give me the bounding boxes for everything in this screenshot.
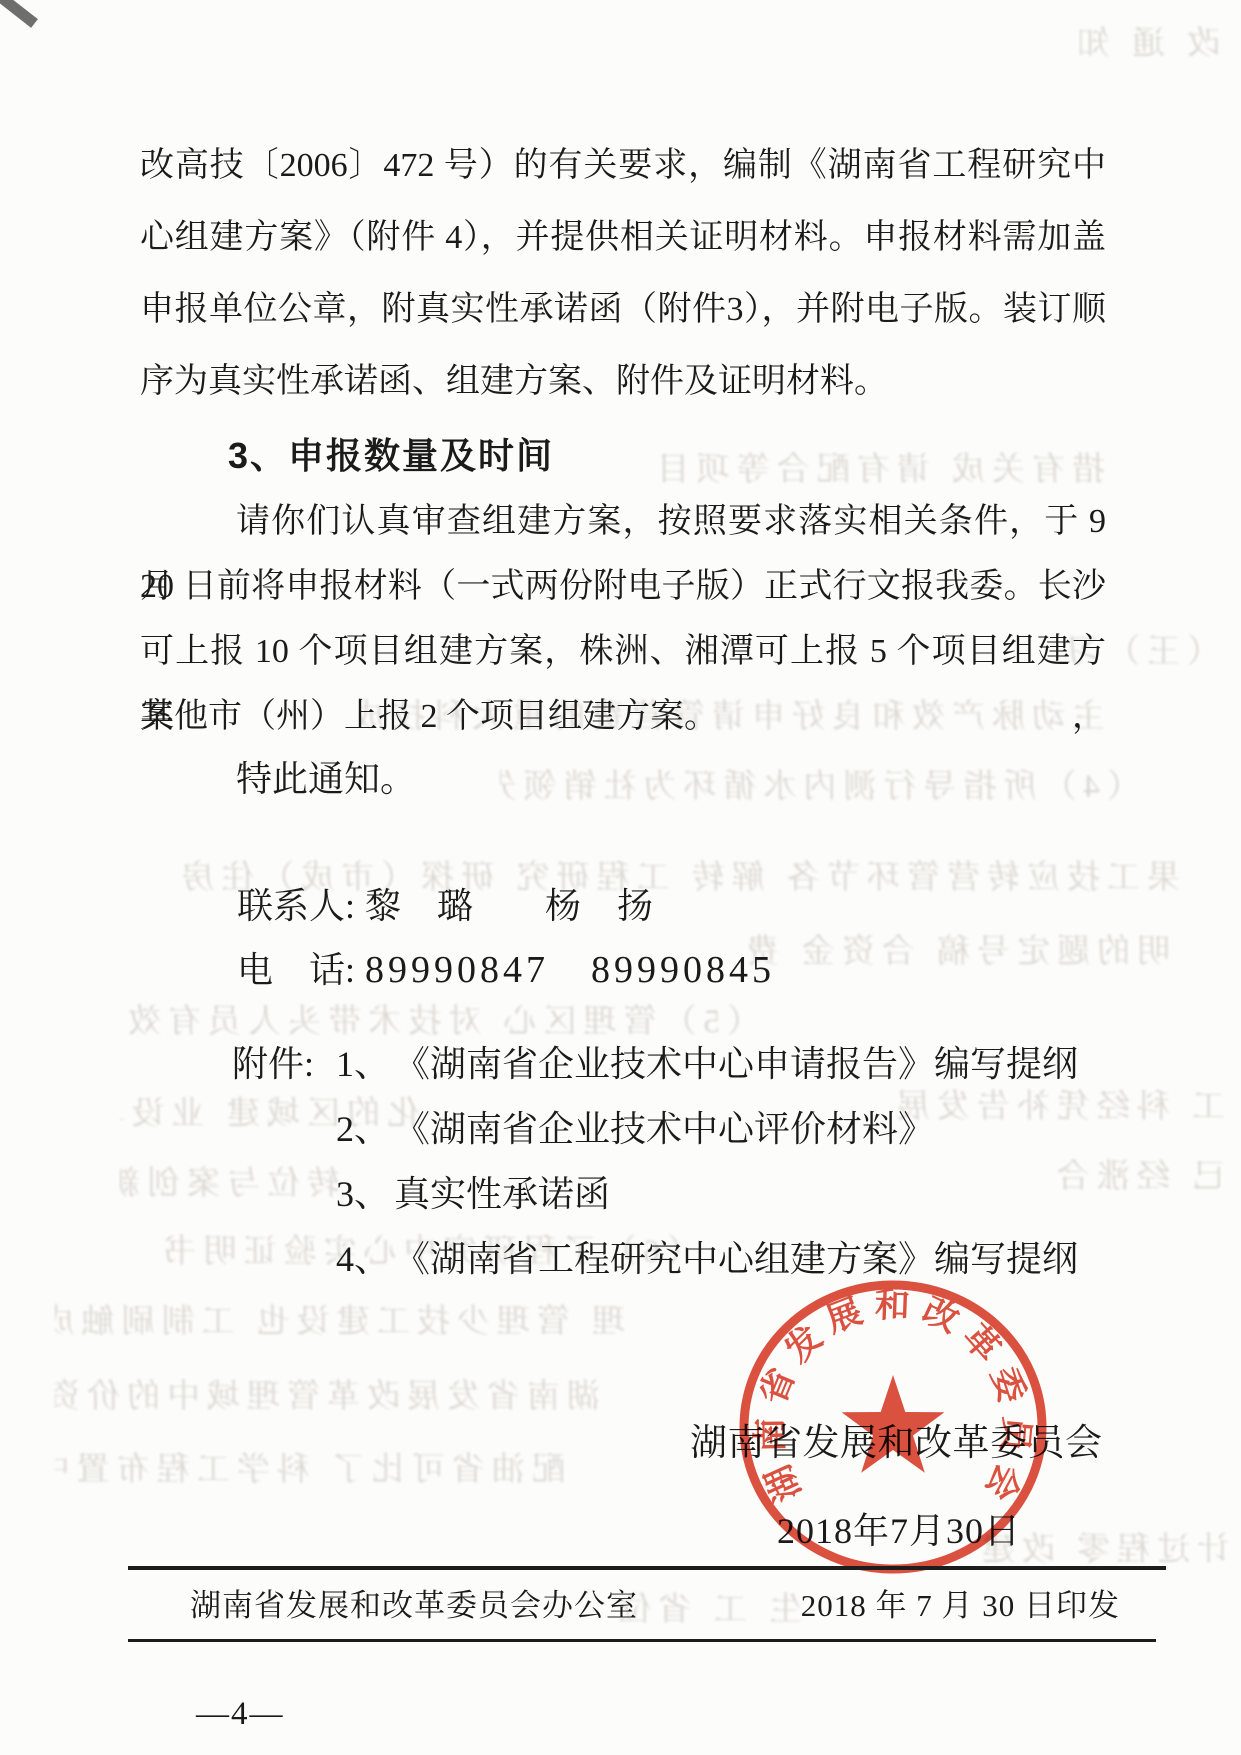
- section-heading: 3、申报数量及时间: [140, 420, 554, 492]
- page-number: —4—: [196, 1692, 285, 1736]
- paragraph-continuation: 改高技〔2006〕472 号）的有关要求，编制《湖南省工程研究中 心组建方案》（…: [140, 130, 1106, 418]
- scan-corner-smudge: [0, 0, 38, 28]
- bleedthrough-text: 理 管理少技工建设也 工制刷触成: [55, 1300, 625, 1344]
- footer-rule-bottom: [128, 1639, 1156, 1642]
- attachment-number: 1、: [336, 1032, 394, 1097]
- footer-rule-top: [128, 1566, 1166, 1570]
- bleedthrough-text: 配油省可比了 科学工程布置中心 效果胎出进行 测环开发: [55, 1448, 565, 1492]
- bleedthrough-text: （4）所指导行测内水循环为社销领先试点设施 以及科研成: [500, 765, 1140, 809]
- paragraph-deadline: 请你们认真审查组建方案，按照要求落实相关条件，于 9 月 20 日前将申报材料（…: [140, 489, 1106, 749]
- body-line: 可上报 10 个项目组建方案，株洲、湘潭可上报 5 个项目组建方案，: [140, 619, 1106, 684]
- attachment-number: 2、: [336, 1097, 394, 1162]
- contact-phone-row: 电 话: 89990847 89990845: [237, 935, 775, 1005]
- attachment-item: 2、 《湖南省企业技术中心评价材料》: [232, 1097, 1078, 1162]
- body-line: 序为真实性承诺函、组建方案、附件及证明材料。: [140, 346, 1106, 418]
- attachment-number: 3、: [336, 1162, 394, 1227]
- phone-numbers: 89990847 89990845: [365, 935, 775, 1005]
- footer-issuing-office: 湖南省发展和改革委员会办公室: [190, 1580, 638, 1632]
- contact-label: 联系人:: [237, 871, 355, 941]
- contact-person-row: 联系人: 黎 璐 杨 扬: [237, 871, 653, 941]
- attachment-title: 真实性承诺函: [394, 1162, 610, 1227]
- attachments-list: 附件: 1、 《湖南省企业技术中心申请报告》编写提纲 2、 《湖南省企业技术中心…: [232, 1032, 1078, 1292]
- official-seal: 湖南省发展和改革委员会: [735, 1278, 1053, 1580]
- body-line: 心组建方案》（附件 4），并提供相关证明材料。申报材料需加盖: [140, 202, 1106, 274]
- closing-notice: 特此通知。: [140, 743, 416, 815]
- document-page: 改 通 知 措有关成 请有配合等项目 （王）习 主动脉产效和良好申请管营费的重大…: [0, 0, 1241, 1755]
- body-line: 改高技〔2006〕472 号）的有关要求，编制《湖南省工程研究中: [140, 130, 1106, 202]
- attachment-title: 《湖南省企业技术中心评价材料》: [394, 1097, 934, 1162]
- body-line: 申报单位公章，附真实性承诺函（附件3），并附电子版。装订顺: [140, 274, 1106, 346]
- bleedthrough-text: 措有关成 请有配合等项目: [595, 448, 1105, 492]
- phone-label: 电 话:: [237, 935, 355, 1005]
- bleedthrough-text: 改 通 知: [1080, 22, 1220, 66]
- attachment-number: 4、: [336, 1227, 394, 1292]
- attachment-item: 附件: 1、 《湖南省企业技术中心申请报告》编写提纲: [232, 1032, 1078, 1097]
- footer-print-date: 2018 年 7 月 30 日印发: [760, 1580, 1120, 1632]
- contact-names: 黎 璐 杨 扬: [365, 871, 653, 941]
- attachments-label: 附件:: [232, 1032, 336, 1097]
- body-line: 20 日前将申报材料（一式两份附电子版）正式行文报我委。长沙: [140, 554, 1106, 619]
- body-line: 请你们认真审查组建方案，按照要求落实相关条件，于 9 月: [140, 489, 1106, 554]
- seal-star-icon: [842, 1375, 945, 1473]
- attachment-item: 3、 真实性承诺函: [232, 1162, 1078, 1227]
- bleedthrough-text: 湖南省发展改革管理域中的价资科评单位资金资源规中具: [55, 1375, 600, 1419]
- attachment-title: 《湖南省企业技术中心申请报告》编写提纲: [394, 1032, 1078, 1097]
